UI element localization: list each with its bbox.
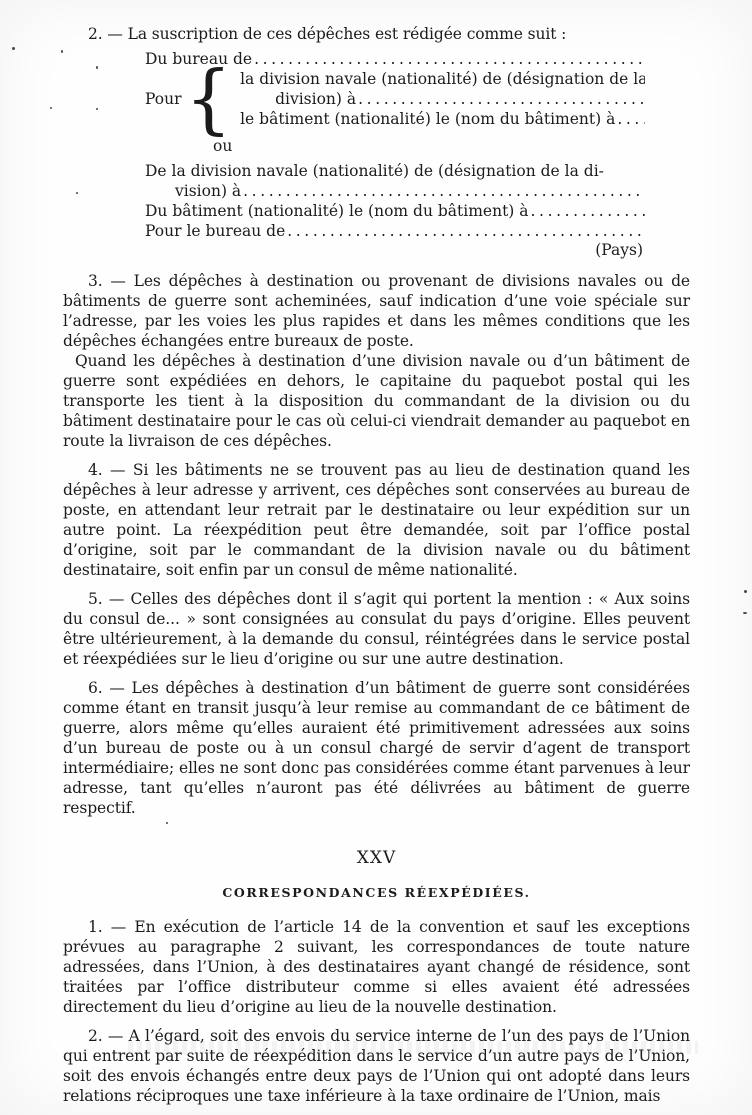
paragraph-2-intro: 2. — La suscription de ces dépêches est … bbox=[63, 24, 690, 44]
scan-speck bbox=[743, 612, 747, 614]
pour-bureau-text: Pour le bureau de bbox=[145, 221, 285, 241]
line-de-division-2: vision) à ..............................… bbox=[145, 181, 645, 201]
option-batiment-line: le bâtiment (nationalité) le (nom du bât… bbox=[240, 109, 645, 129]
dotted-leader: ........................................… bbox=[531, 201, 645, 221]
de-division-text-1: De la division navale (nationalité) de (… bbox=[145, 161, 604, 181]
scan-speck bbox=[76, 192, 78, 194]
dotted-leader: ........................................… bbox=[254, 49, 645, 69]
paragraph-xxv-1: 1. — En exécution de l’article 14 de la … bbox=[63, 917, 690, 1017]
left-brace-glyph: { bbox=[185, 68, 232, 129]
pays-note: (Pays) bbox=[145, 242, 645, 259]
de-division-text-2: vision) à bbox=[175, 181, 241, 201]
dotted-leader: ........................................… bbox=[617, 109, 645, 129]
option-batiment-text: le bâtiment (nationalité) le (nom du bât… bbox=[240, 109, 615, 129]
pour-label: Pour bbox=[145, 89, 185, 109]
pour-options: la division navale (nationalité) de (dés… bbox=[240, 69, 645, 129]
scan-speck bbox=[744, 590, 747, 593]
line-pour-bureau: Pour le bureau de ......................… bbox=[145, 221, 645, 241]
word-ou: ou bbox=[213, 136, 645, 156]
paragraph-6: 6. — Les dépêches à destination d’un bât… bbox=[63, 678, 690, 818]
paragraph-4: 4. — Si les bâtiments ne se trouvent pas… bbox=[63, 460, 690, 580]
scan-speck bbox=[12, 47, 15, 50]
suscription-form: Du bureau de ...........................… bbox=[145, 49, 645, 259]
dotted-leader: ........................................… bbox=[243, 181, 645, 201]
option-division-line-2: division) à ............................… bbox=[240, 89, 645, 109]
scan-speck bbox=[96, 66, 98, 69]
ink-bleedthrough bbox=[128, 1041, 698, 1054]
du-batiment-text: Du bâtiment (nationalité) le (nom du bât… bbox=[145, 201, 529, 221]
line-du-batiment: Du bâtiment (nationalité) le (nom du bât… bbox=[145, 201, 645, 221]
scan-speck bbox=[70, 980, 72, 982]
scanned-document-page: 2. — La suscription de ces dépêches est … bbox=[0, 0, 752, 1115]
paragraph-3-continuation: Quand les dépêches à destination d’une d… bbox=[63, 351, 690, 451]
option-division-line-1: la division navale (nationalité) de (dés… bbox=[240, 69, 645, 89]
option-division-text-1: la division navale (nationalité) de (dés… bbox=[240, 69, 645, 89]
scan-speck bbox=[50, 107, 52, 109]
line-de-division-1: De la division navale (nationalité) de (… bbox=[145, 161, 645, 181]
scan-speck bbox=[96, 108, 98, 110]
paragraph-xxv-2: 2. — A l’égard, soit des envois du servi… bbox=[63, 1026, 690, 1106]
section-number: XXV bbox=[63, 848, 690, 868]
dotted-leader: ........................................… bbox=[358, 89, 645, 109]
pour-group: Pour { la division navale (nationalité) … bbox=[145, 69, 645, 129]
dotted-leader: ........................................… bbox=[287, 221, 645, 241]
scan-speck bbox=[166, 822, 168, 824]
paragraph-3: 3. — Les dépêches à destination ou prove… bbox=[63, 271, 690, 351]
option-division-text-2: division) à bbox=[275, 89, 356, 109]
paragraph-5: 5. — Celles des dépêches dont il s’agit … bbox=[63, 589, 690, 669]
scan-speck bbox=[61, 50, 63, 53]
section-title: CORRESPONDANCES RÉEXPÉDIÉES. bbox=[63, 883, 690, 903]
page-content: 2. — La suscription de ces dépêches est … bbox=[63, 24, 690, 1106]
